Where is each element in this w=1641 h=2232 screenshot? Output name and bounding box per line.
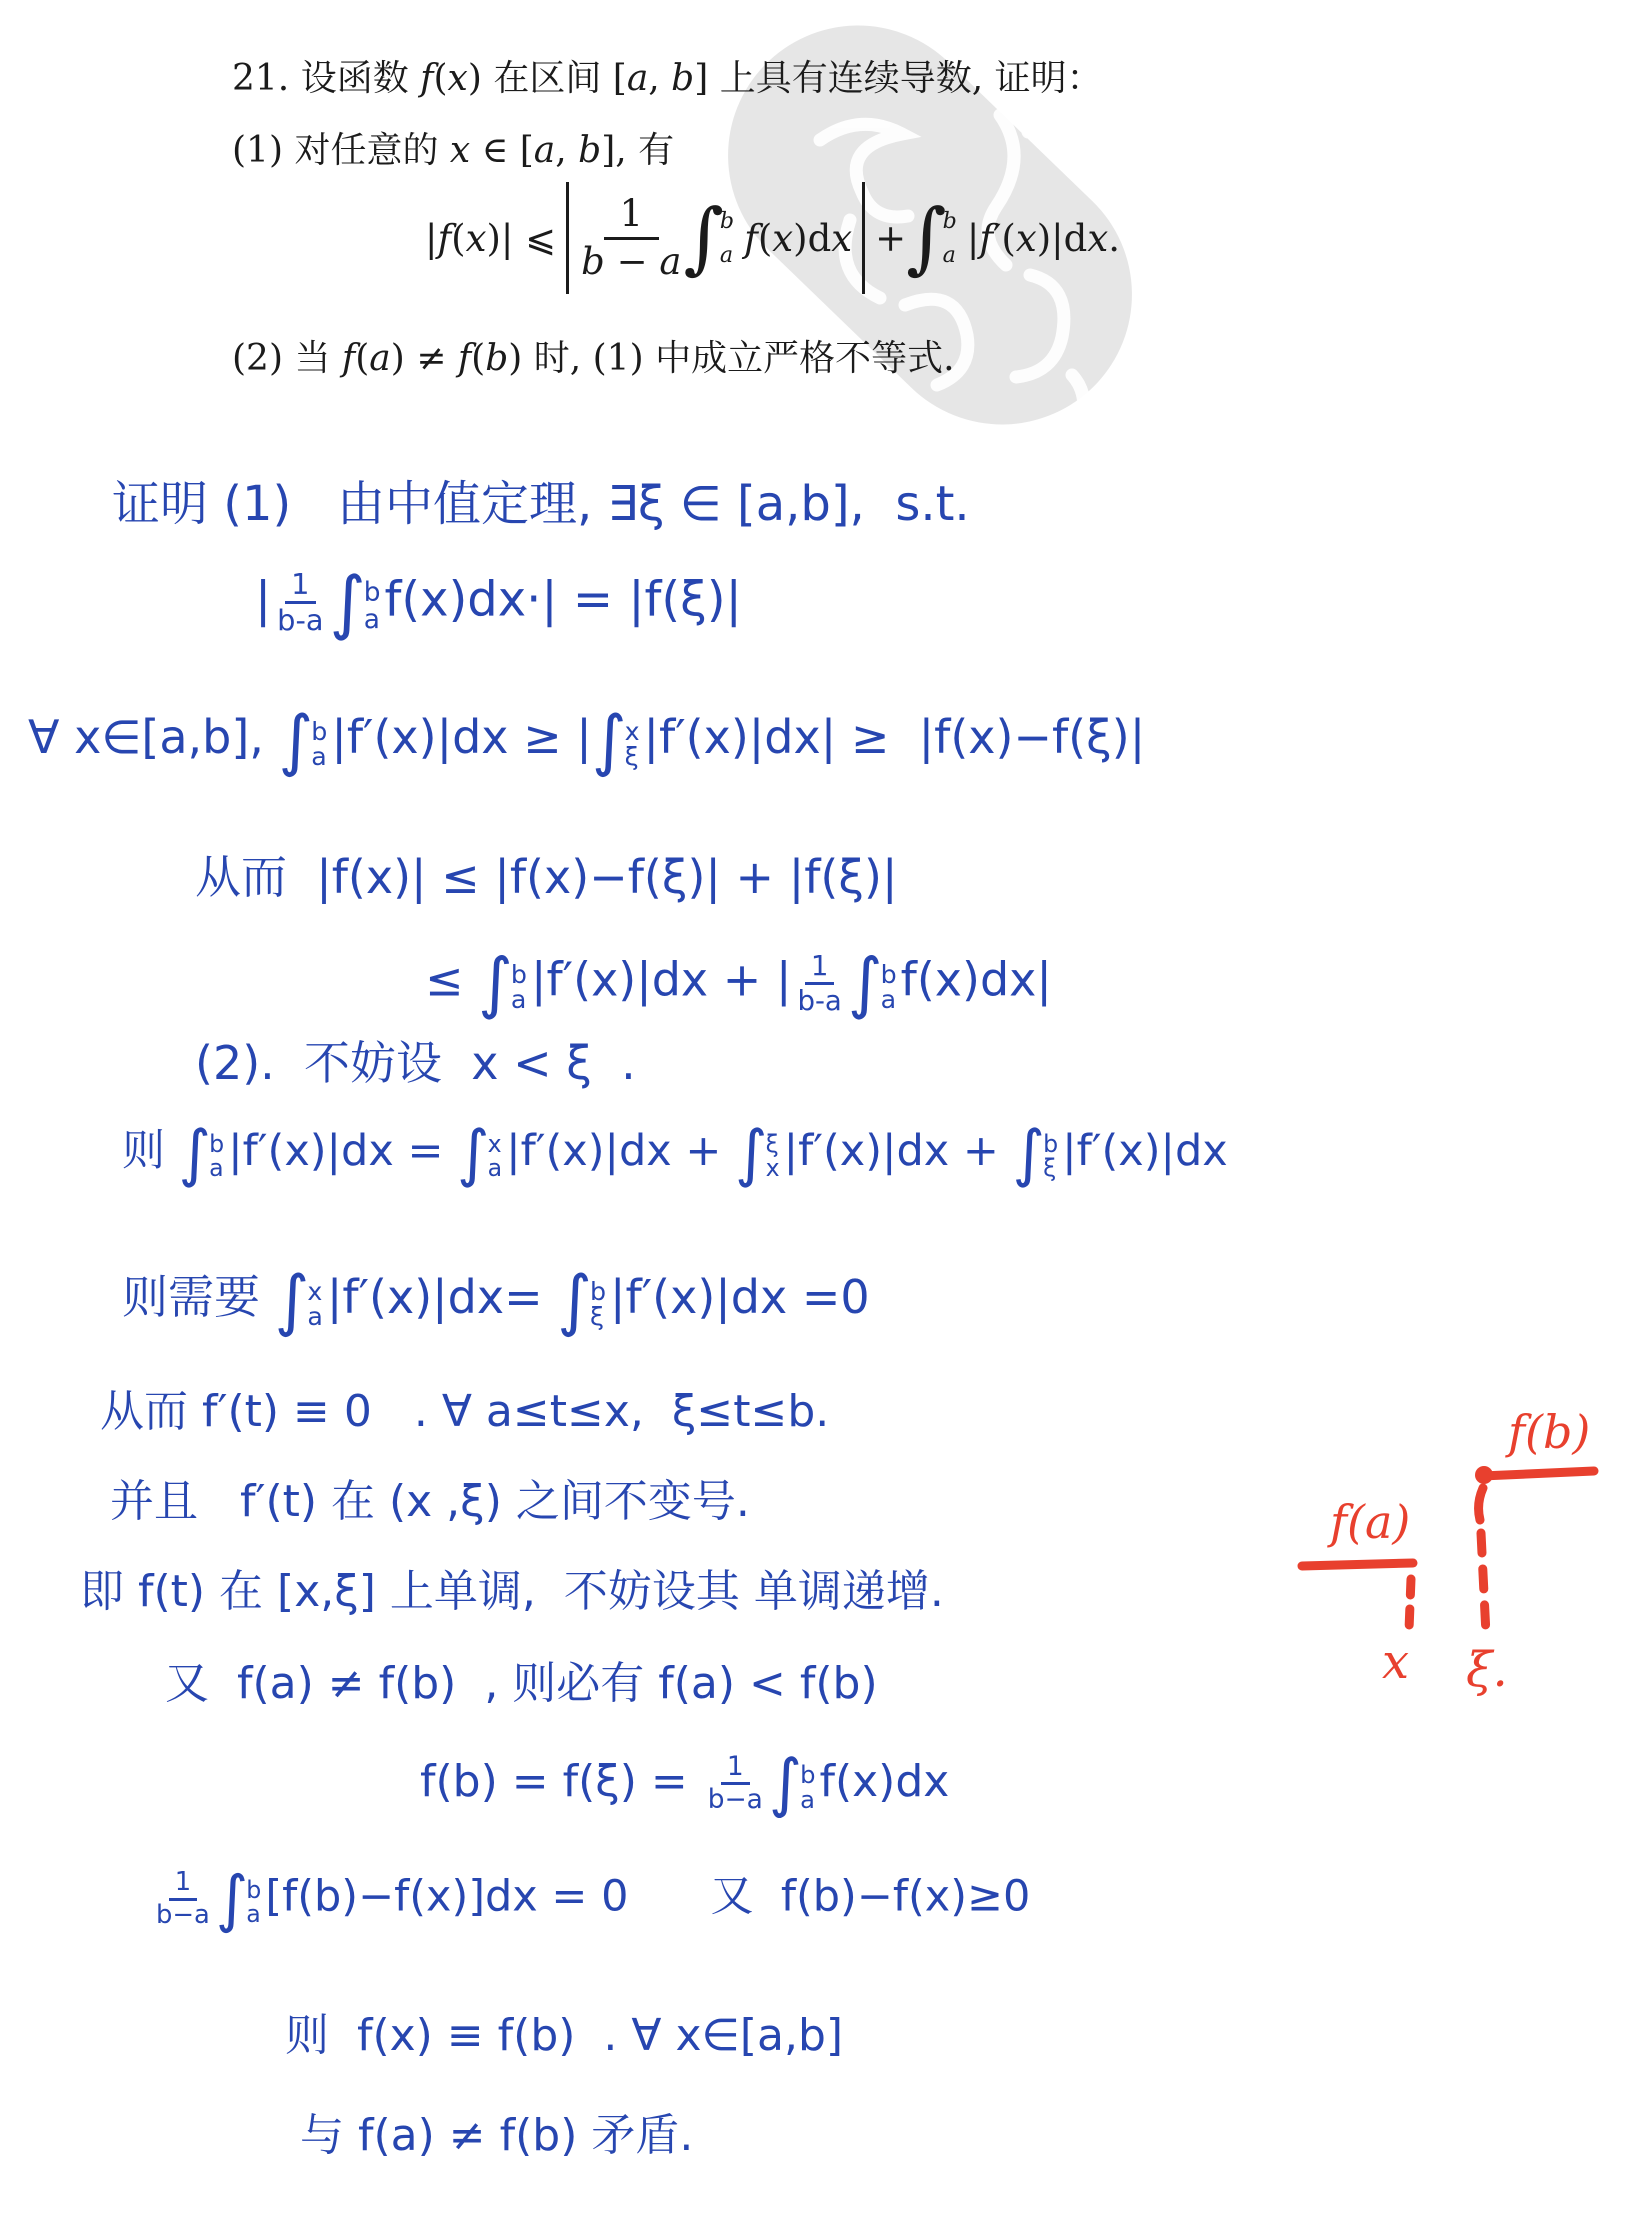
diagram-xi-hook	[1479, 1488, 1483, 1520]
diagram-fb-endpoint-dot	[1475, 1466, 1493, 1484]
diagram-label-xi: ξ.	[1466, 1642, 1508, 1698]
diagram-x-dashed-line	[1409, 1579, 1411, 1630]
diagram-xi-dashed-line	[1481, 1533, 1486, 1634]
handwritten-line-2: |1b-a∫baf(x)dx·| = |f(ξ)|	[255, 568, 742, 637]
problem-inequality-formula: |f(x)| ⩽ 1b − a∫baf(x)dx + ∫ba|f′(x)|dx.	[425, 168, 1120, 308]
handwritten-line-6: (2). 不妨设 x < ξ .	[195, 1038, 636, 1089]
handwritten-line-1: 证明 (1) 由中值定理, ∃ξ ∈ [a,b], s.t.	[112, 478, 970, 531]
handwritten-line-5: ≤ ∫ba|f′(x)|dx + |1b-a∫baf(x)dx|	[425, 950, 1052, 1016]
diagram-fa-level-line	[1302, 1563, 1413, 1566]
problem-part2-line: (2) 当 f(a) ≠ f(b) 时, (1) 中成立严格不等式.	[232, 330, 955, 381]
diagram-label-x: x	[1382, 1634, 1409, 1690]
handwritten-line-14: 1b−a∫ba[f(b)−f(x)]dx = 0 又 f(b)−f(x)≥0	[150, 1868, 1030, 1930]
handwritten-line-3: ∀ x∈[a,b], ∫ba|f′(x)|dx ≥ |∫xξ|f′(x)|dx|…	[28, 712, 1145, 767]
handwritten-line-15: 则 f(x) ≡ f(b) . ∀ x∈[a,b]	[285, 2012, 843, 2060]
diagram-label-fb: f(b)	[1505, 1405, 1590, 1459]
handwritten-line-4: 从而 |f(x)| ≤ |f(x)−f(ξ)| + |f(ξ)|	[195, 852, 897, 903]
handwritten-line-16: 与 f(a) ≠ f(b) 矛盾.	[300, 2112, 693, 2160]
handwritten-line-8: 则需要 ∫xa|f′(x)|dx= ∫bξ|f′(x)|dx =0	[122, 1272, 870, 1327]
handwritten-line-12: 又 f(a) ≠ f(b) , 则必有 f(a) < f(b)	[165, 1660, 878, 1708]
diagram-label-fa: f(a)	[1327, 1495, 1410, 1549]
handwritten-line-13: f(b) = f(ξ) = 1b−a∫baf(x)dx	[420, 1752, 949, 1816]
problem-number-line: 21. 设函数 f(x) 在区间 [a, b] 上具有连续导数, 证明：	[232, 50, 1103, 101]
handwritten-line-9: 从而 f′(t) ≡ 0 . ∀ a≤t≤x, ξ≤t≤b.	[100, 1388, 829, 1436]
handwritten-line-10: 并且 f′(t) 在 (x ,ξ) 之间不变号.	[110, 1478, 750, 1526]
handwritten-line-7: 则 ∫ba|f′(x)|dx = ∫xa|f′(x)|dx + ∫ξx|f′(x…	[122, 1128, 1228, 1178]
diagram-fb-level-line	[1482, 1471, 1594, 1476]
margin-diagram: f(b) f(a) x ξ.	[1262, 1348, 1640, 1738]
problem-part1-line: (1) 对任意的 x ∈ [a, b], 有	[232, 122, 674, 173]
scanned-math-worksheet: 21. 设函数 f(x) 在区间 [a, b] 上具有连续导数, 证明： (1)…	[0, 0, 1641, 2232]
handwritten-line-11: 即 f(t) 在 [x,ξ] 上单调, 不妨设其 单调递增.	[80, 1568, 944, 1616]
